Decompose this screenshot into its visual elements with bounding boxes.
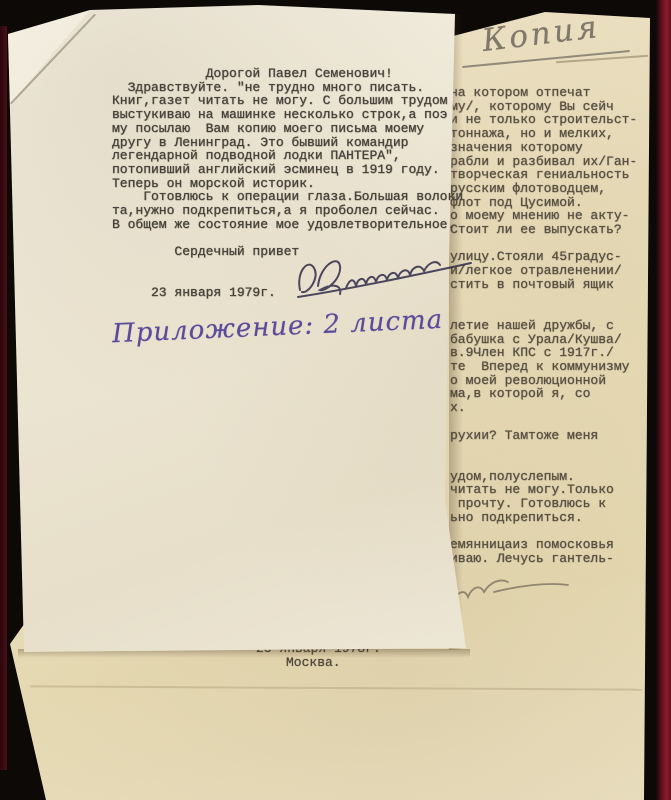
left-binding-edge [0, 26, 7, 770]
photo-of-letters: Копия на котором отпечат му/, которому В… [0, 0, 671, 800]
copy-letter-visible-text: на котором отпечат му/, которому Вы сейч… [450, 86, 637, 566]
book-spine-edge [656, 0, 671, 800]
handwritten-signature-ink [290, 252, 475, 306]
